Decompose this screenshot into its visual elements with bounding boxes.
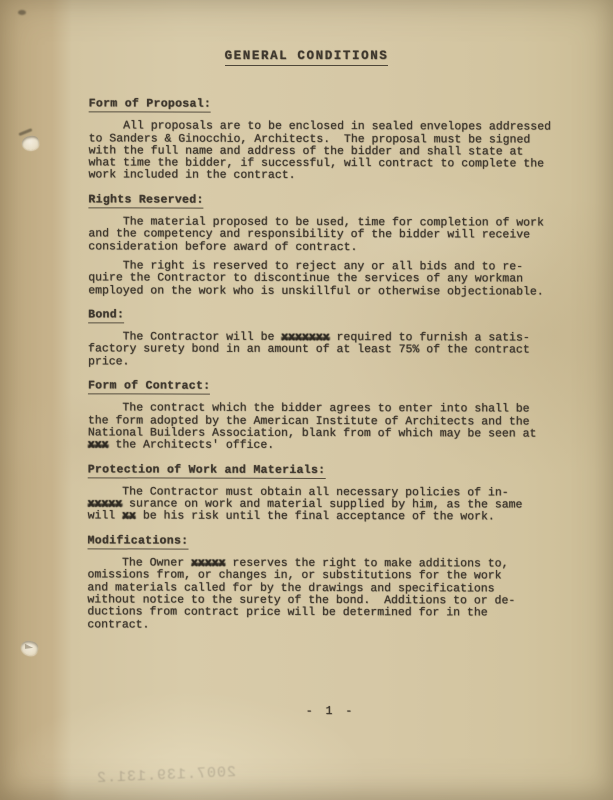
paragraph-line: price.	[88, 356, 598, 370]
text-segment: the Architects' office.	[109, 439, 275, 452]
paragraph-line: consideration before award of contract.	[88, 241, 598, 255]
paragraph-line: employed on the work who is unskillful o…	[88, 285, 598, 299]
text-segment: consideration before award of contract.	[88, 240, 357, 254]
paragraph-line: work included in the contract.	[88, 170, 598, 184]
paragraph: The Contractor will be xxxxxxx required …	[88, 331, 598, 369]
struck-text: xxxxx	[191, 557, 226, 570]
text-segment: factory surety bond in an amount of at l…	[88, 343, 530, 357]
paragraph-line: will xx be his risk until the final acce…	[88, 511, 598, 525]
text-segment: will	[88, 510, 123, 523]
paragraph: All proposals are to be enclosed in seal…	[88, 121, 598, 184]
text-segment: employed on the work who is unskillful o…	[88, 284, 544, 298]
struck-text: xxxxx	[88, 497, 123, 510]
section-heading: Form of Contract:	[88, 380, 210, 395]
page-title: GENERAL CONDITIONS	[0, 49, 613, 63]
paragraph-line: contract.	[87, 619, 597, 633]
struck-text: xx	[122, 510, 136, 523]
text-segment: work included in the contract.	[88, 169, 295, 183]
ink-smudge	[18, 10, 26, 15]
section-heading: Rights Reserved:	[88, 194, 203, 209]
paragraph: The contract which the bidder agrees to …	[88, 403, 598, 454]
paragraph-line: factory surety bond in an amount of at l…	[88, 344, 598, 358]
paragraph: The right is reserved to reject any or a…	[88, 260, 598, 298]
paragraph-line: ductions from contract price will be det…	[87, 607, 597, 621]
section: Modifications: The Owner xxxxx reserves …	[87, 535, 597, 632]
section: Bond: The Contractor will be xxxxxxx req…	[88, 309, 598, 370]
section: Rights Reserved: The material proposed t…	[88, 194, 598, 298]
struck-text: xxxxxxx	[281, 331, 329, 344]
paragraph: The material proposed to be used, time f…	[88, 216, 598, 254]
paragraph-line: xxx the Architects' office.	[88, 440, 598, 454]
section-heading: Form of Proposal:	[89, 98, 211, 113]
text-segment: contract.	[87, 618, 149, 631]
section-heading: Modifications:	[88, 535, 189, 550]
page-title-text: GENERAL CONDITIONS	[225, 49, 389, 66]
page-number: - 1 -	[24, 705, 613, 718]
struck-text: xxx	[88, 439, 109, 452]
section: Form of Contract: The contract which the…	[88, 380, 598, 453]
paragraph: The Contractor must obtain all necessary…	[88, 486, 598, 524]
section-heading: Protection of Work and Materials:	[88, 464, 326, 479]
section: Form of Proposal: All proposals are to b…	[88, 98, 598, 183]
section-heading: Bond:	[88, 309, 124, 323]
text-segment: be his risk until the final acceptance o…	[136, 510, 495, 524]
document-body: Form of Proposal: All proposals are to b…	[87, 98, 598, 639]
paragraph: The Owner xxxxx reserves the right to ma…	[87, 557, 597, 632]
text-segment: price.	[88, 355, 129, 368]
section: Protection of Work and Materials: The Co…	[88, 464, 598, 525]
